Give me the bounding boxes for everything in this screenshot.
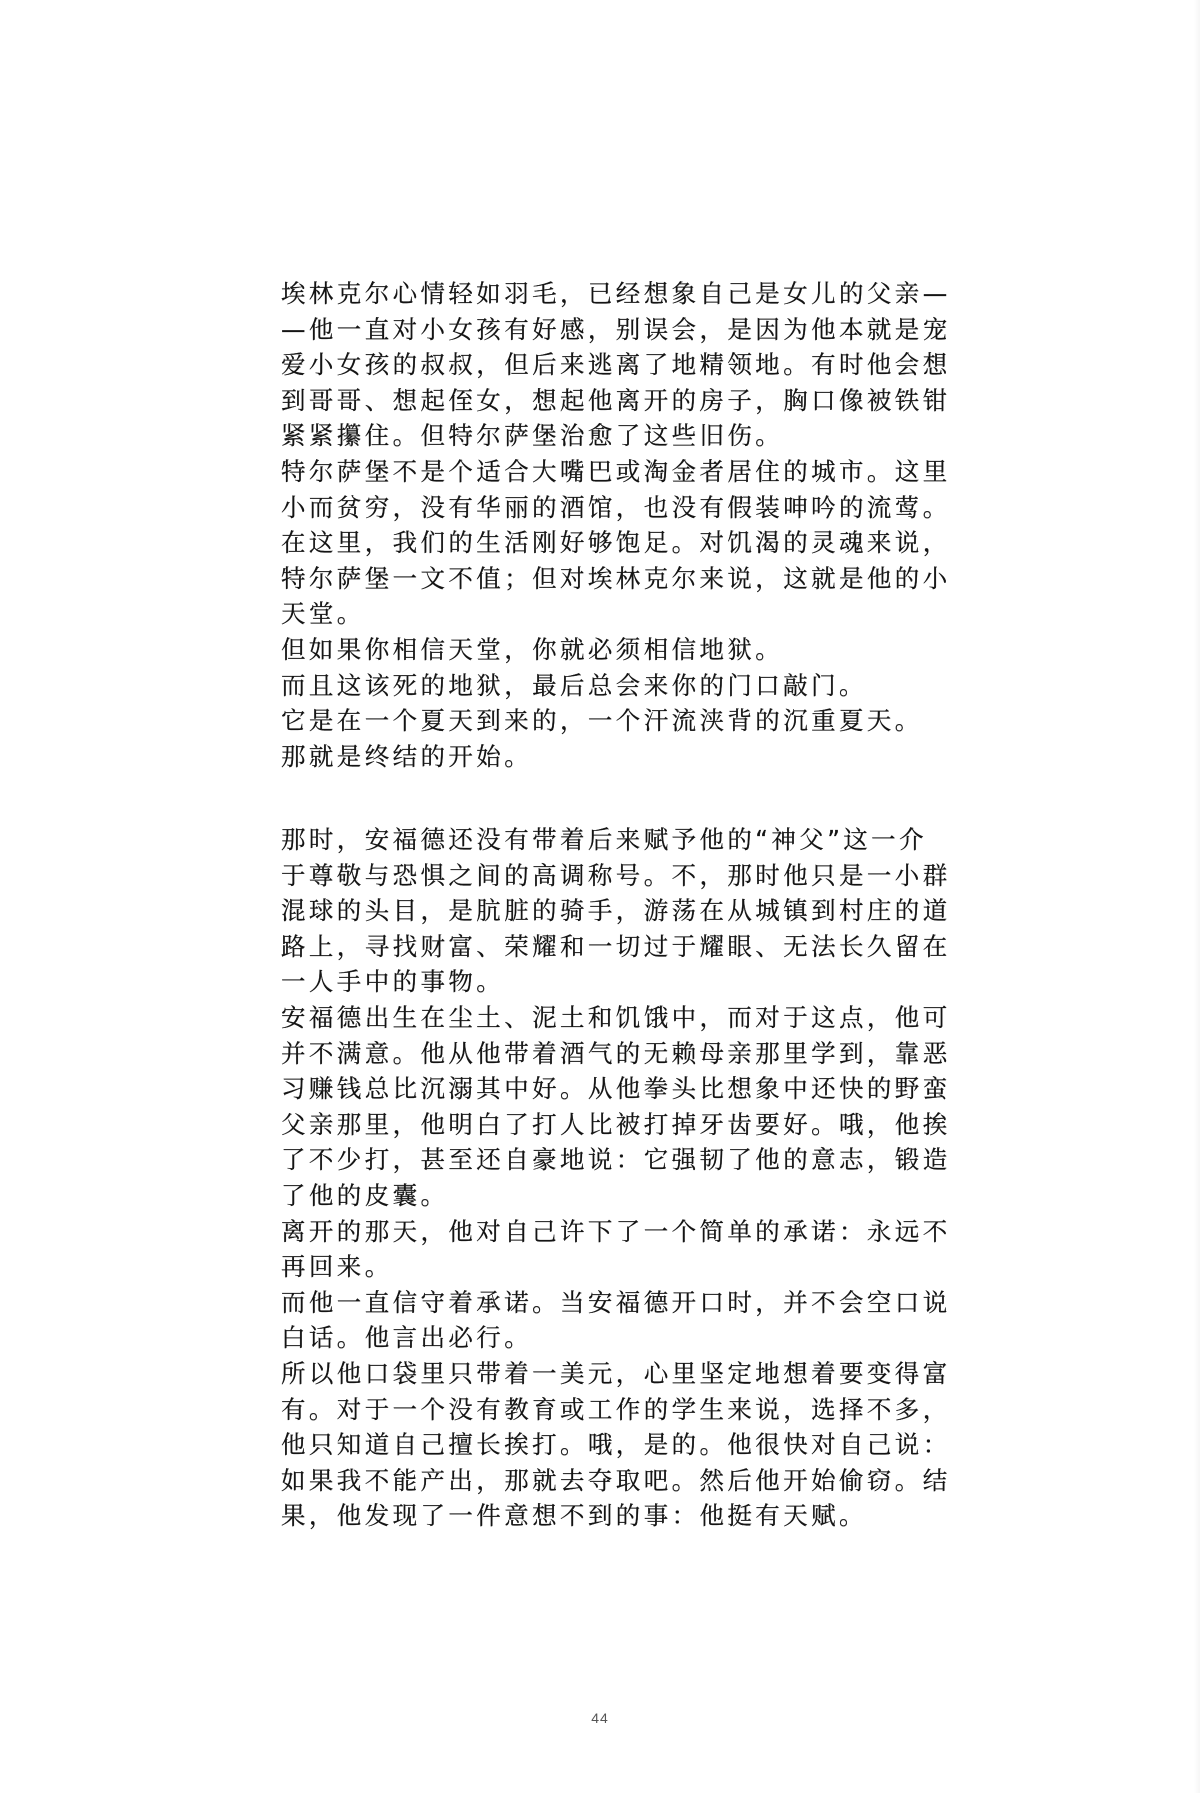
text-line: 一人手中的事物。	[281, 964, 941, 1000]
text-line: 父亲那里，他明白了打人比被打掉牙齿要好。哦，他挨	[281, 1107, 941, 1143]
book-page: 埃林克尔心情轻如羽毛，已经想象自己是女儿的父亲— —他一直对小女孩有好感，别误会…	[0, 0, 1200, 1793]
text-line: 果，他发现了一件意想不到的事：他挺有天赋。	[281, 1498, 941, 1534]
text-line: 了不少打，甚至还自豪地说：它强韧了他的意志，锻造	[281, 1142, 941, 1178]
page-number: 44	[0, 1710, 1200, 1726]
text-line: 混球的头目，是肮脏的骑手，游荡在从城镇到村庄的道	[281, 893, 941, 929]
text-line: 紧紧攥住。但特尔萨堡治愈了这些旧伤。	[281, 418, 941, 454]
text-line: 有。对于一个没有教育或工作的学生来说，选择不多，	[281, 1392, 941, 1428]
text-line: 它是在一个夏天到来的，一个汗流浃背的沉重夏天。	[281, 703, 941, 739]
text-section-1: 埃林克尔心情轻如羽毛，已经想象自己是女儿的父亲— —他一直对小女孩有好感，别误会…	[281, 276, 941, 774]
text-line: 习赚钱总比沉溺其中好。从他拳头比想象中还快的野蛮	[281, 1071, 941, 1107]
text-line: 小而贫穷，没有华丽的酒馆，也没有假装呻吟的流莺。	[281, 490, 941, 526]
text-line: 特尔萨堡不是个适合大嘴巴或淘金者居住的城市。这里	[281, 454, 941, 490]
text-line: 特尔萨堡一文不值；但对埃林克尔来说，这就是他的小	[281, 561, 941, 597]
text-line: 而他一直信守着承诺。当安福德开口时，并不会空口说	[281, 1285, 941, 1321]
text-line: 埃林克尔心情轻如羽毛，已经想象自己是女儿的父亲—	[281, 276, 941, 312]
text-line: 并不满意。他从他带着酒气的无赖母亲那里学到，靠恶	[281, 1036, 941, 1072]
text-line: 在这里，我们的生活刚好够饱足。对饥渴的灵魂来说，	[281, 525, 941, 561]
text-line: 那时，安福德还没有带着后来赋予他的“神父”这一介	[281, 822, 941, 858]
text-line: 爱小女孩的叔叔，但后来逃离了地精领地。有时他会想	[281, 347, 941, 383]
text-line: 但如果你相信天堂，你就必须相信地狱。	[281, 632, 941, 668]
text-line: 安福德出生在尘土、泥土和饥饿中，而对于这点，他可	[281, 1000, 941, 1036]
scan-edge-shadow	[1194, 0, 1200, 1793]
text-section-2: 那时，安福德还没有带着后来赋予他的“神父”这一介 于尊敬与恐惧之间的高调称号。不…	[281, 822, 941, 1534]
text-line: —他一直对小女孩有好感，别误会，是因为他本就是宠	[281, 312, 941, 348]
text-line: 到哥哥、想起侄女，想起他离开的房子，胸口像被铁钳	[281, 383, 941, 419]
text-line: 再回来。	[281, 1249, 941, 1285]
text-line: 他只知道自己擅长挨打。哦，是的。他很快对自己说：	[281, 1427, 941, 1463]
text-line: 于尊敬与恐惧之间的高调称号。不，那时他只是一小群	[281, 858, 941, 894]
text-line: 白话。他言出必行。	[281, 1320, 941, 1356]
text-line: 了他的皮囊。	[281, 1178, 941, 1214]
text-line: 如果我不能产出，那就去夺取吧。然后他开始偷窃。结	[281, 1463, 941, 1499]
text-line: 所以他口袋里只带着一美元，心里坚定地想着要变得富	[281, 1356, 941, 1392]
text-line: 离开的那天，他对自己许下了一个简单的承诺：永远不	[281, 1214, 941, 1250]
text-line: 而且这该死的地狱，最后总会来你的门口敲门。	[281, 668, 941, 704]
text-line: 天堂。	[281, 596, 941, 632]
text-line: 那就是终结的开始。	[281, 739, 941, 775]
text-line: 路上，寻找财富、荣耀和一切过于耀眼、无法长久留在	[281, 929, 941, 965]
